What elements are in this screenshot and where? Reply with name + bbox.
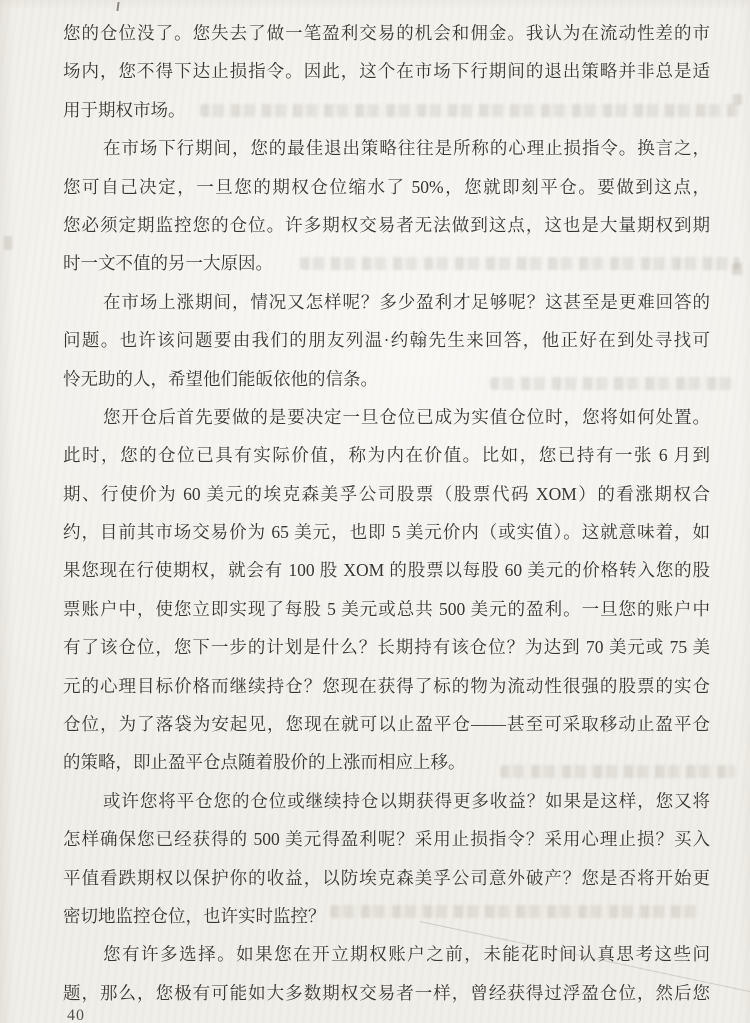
text-line: 元的心理目标价格而继续持仓？您现在获得了标的物为流动性很强的股票的实仓 — [63, 667, 710, 705]
text-line: 问题。也许该问题要由我们的朋友列温·约翰先生来回答，他正好在到处寻找可 — [63, 321, 710, 359]
text-line: 有了该仓位，您下一步的计划是什么？长期持有该仓位？为达到 70 美元或 75 美 — [63, 628, 710, 666]
book-page: 您的仓位没了。您失去了做一笔盈利交易的机会和佣金。我认为在流动性差的市场内，您不… — [0, 0, 750, 1023]
text-line: 怎样确保您已经获得的 500 美元得盈利呢？采用止损指令？采用心理止损？买入 — [63, 820, 710, 858]
page-text: 您的仓位没了。您失去了做一笔盈利交易的机会和佣金。我认为在流动性差的市场内，您不… — [63, 14, 710, 1012]
text-line: 或许您将平仓您的仓位或继续持仓以期获得更多收益？如果是这样，您又将 — [63, 782, 710, 820]
bleed-through-mark — [330, 905, 700, 918]
text-line: 您开仓后首先要做的是要决定一旦仓位已成为实值仓位时，您将如何处置。 — [63, 398, 710, 436]
page-number: 40 — [67, 1007, 85, 1023]
text-line: 票账户中，使您立即实现了每股 5 美元或总共 500 美元的盈利。一旦您的账户中 — [63, 590, 710, 628]
text-line: 场内，您不得下达止损指令。因此，这个在市场下行期间的退出策略并非总是适 — [63, 52, 710, 90]
margin-smudge — [4, 236, 12, 250]
text-line: 题，那么，您极有可能如大多数期权交易者一样，曾经获得过浮盈仓位，然后您 — [63, 974, 710, 1012]
bleed-through-mark — [500, 765, 735, 778]
text-line: 仓位，为了落袋为安起见，您现在就可以止盈平仓——甚至可采取移动止盈平仓 — [63, 705, 710, 743]
bleed-through-mark — [200, 104, 740, 117]
text-line: 您有许多选择。如果您在开立期权账户之前，未能花时间认真思考这些问 — [63, 935, 710, 973]
bleed-through-mark — [300, 257, 740, 270]
text-line: 您的仓位没了。您失去了做一笔盈利交易的机会和佣金。我认为在流动性差的市 — [63, 14, 710, 52]
pen-mark — [116, 2, 119, 11]
text-line: 平值看跌期权以保护你的收益，以防埃克森美孚公司意外破产？您是否将开始更 — [63, 859, 710, 897]
bleed-through-mark — [490, 377, 735, 390]
text-line: 您必须定期监控您的仓位。许多期权交易者无法做到这点，这也是大量期权到期 — [63, 206, 710, 244]
text-line: 您可自己决定，一旦您的期权仓位缩水了 50%，您就即刻平仓。要做到这点， — [63, 168, 710, 206]
text-line: 果您现在行使期权，就会有 100 股 XOM 的股票以每股 60 美元的价格转入… — [63, 551, 710, 589]
margin-smudge — [733, 94, 742, 105]
text-line: 在市场下行期间，您的最佳退出策略往往是所称的心理止损指令。换言之， — [63, 129, 710, 167]
text-line: 期、行使价为 60 美元的埃克森美孚公司股票（股票代码 XOM）的看涨期权合 — [63, 475, 710, 513]
text-line: 此时，您的仓位已具有实际价值，称为内在价值。比如，您已持有一张 6 月到 — [63, 436, 710, 474]
text-line: 在市场上涨期间，情况又怎样呢？多少盈利才足够呢？这甚至是更难回答的 — [63, 283, 710, 321]
text-line: 约，目前其市场交易价为 65 美元，也即 5 美元价内（或实值）。这就意味着，如 — [63, 513, 710, 551]
margin-smudge — [732, 263, 742, 275]
